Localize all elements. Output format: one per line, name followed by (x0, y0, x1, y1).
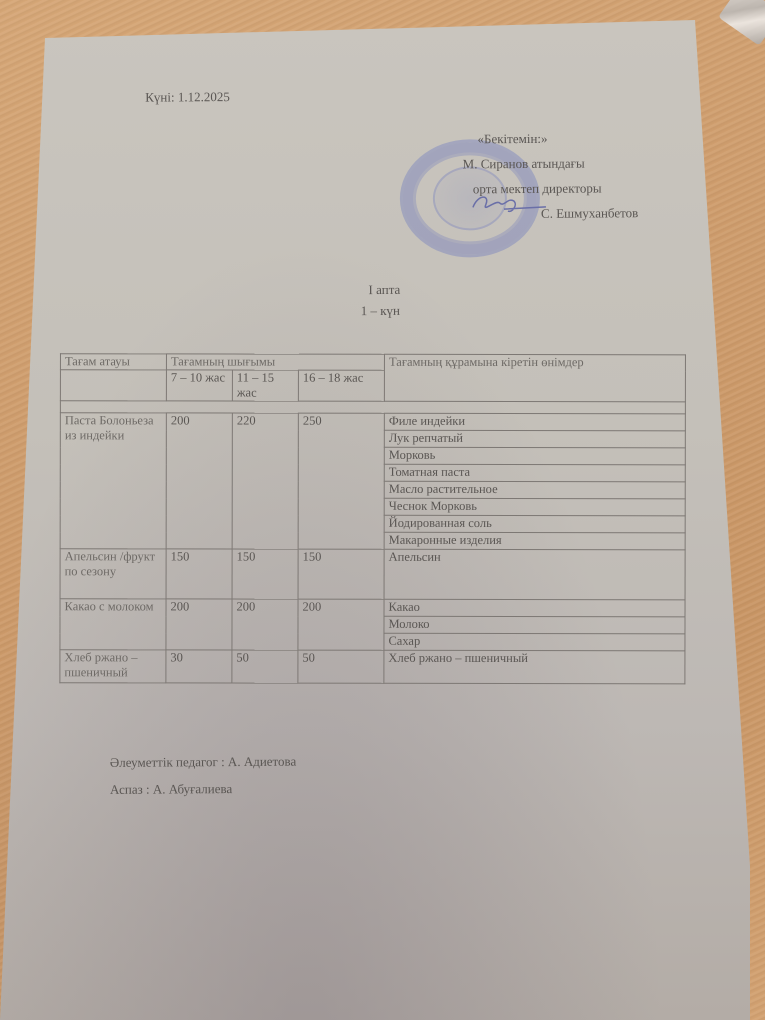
header-yield: Тағамның шығымы (166, 354, 384, 370)
ingredient-cell: Какао (384, 599, 685, 617)
cook-signature: Аспаз : А. Абуғалиева (110, 781, 232, 798)
dish-name-cell: Хлеб ржано – пшеничный (60, 650, 166, 683)
table-row: Апельсин /фрукт по сезону150150150Апельс… (60, 549, 685, 600)
header-age-group: 7 – 10 жас (166, 370, 232, 401)
ingredient-cell: Хлеб ржано – пшеничный (384, 650, 685, 684)
ingredient-cell: Масло растительное (384, 481, 685, 499)
portion-cell: 250 (298, 413, 384, 549)
approval-school: М. Сиранов атындағы (463, 150, 638, 176)
portion-cell: 200 (166, 599, 232, 650)
portion-cell: 200 (232, 599, 298, 650)
table-header-row: Тағам атауы Тағамның шығымы Тағамның құр… (60, 354, 685, 371)
portion-cell: 50 (232, 650, 298, 683)
ingredient-cell: Морковь (384, 447, 685, 465)
header-dish-name: Тағам атауы (60, 354, 166, 370)
portion-cell: 200 (298, 599, 384, 650)
dish-name-cell: Какао с молоком (60, 599, 166, 650)
table-row: Паста Болоньеза из индейки200220250Филе … (60, 413, 685, 431)
ingredient-cell: Лук репчатый (384, 430, 685, 448)
ingredient-cell: Апельсин (384, 549, 685, 600)
header-age-group: 11 – 15 жас (232, 370, 298, 401)
ingredient-cell: Молоко (384, 616, 685, 634)
day-label: 1 – күн (361, 303, 400, 319)
table-spacer-row (60, 401, 685, 414)
dish-name-cell: Апельсин /фрукт по сезону (60, 549, 166, 599)
table-row: Какао с молоком200200200Какао (60, 599, 685, 617)
document-content: Күні: 1.12.2025 «Бекітемін:» М. Сиранов … (0, 0, 765, 1020)
ingredient-cell: Сахар (384, 633, 685, 651)
portion-cell: 150 (298, 549, 384, 599)
date-line: Күні: 1.12.2025 (145, 89, 230, 106)
spacer-cell (60, 401, 685, 414)
menu-table: Тағам атауы Тағамның шығымы Тағамның құр… (59, 353, 686, 684)
social-teacher-signature: Әлеуметтік педагог : А. Адиетова (110, 754, 297, 771)
ingredient-cell: Чеснок Морковь (384, 498, 685, 516)
table-row: Хлеб ржано – пшеничный305050Хлеб ржано –… (60, 650, 685, 684)
ingredient-cell: Филе индейки (384, 413, 685, 431)
portion-cell: 150 (232, 549, 298, 599)
ingredient-cell: Макаронные изделия (384, 532, 685, 550)
ingredient-cell: Йодированная соль (384, 515, 685, 533)
portion-cell: 150 (166, 549, 232, 599)
header-age-group: 16 – 18 жас (298, 370, 384, 401)
approval-title: «Бекітемін:» (462, 125, 637, 151)
approval-block: «Бекітемін:» М. Сиранов атындағы орта ме… (462, 125, 638, 226)
portion-cell: 220 (232, 413, 298, 549)
header-empty-cell (60, 370, 166, 401)
portion-cell: 200 (166, 413, 232, 549)
portion-cell: 30 (166, 650, 232, 683)
approval-position: орта мектеп директоры (463, 175, 638, 201)
approval-director-name: С. Ешмуханбетов (463, 200, 638, 226)
week-label: I апта (368, 282, 400, 298)
ingredient-cell: Томатная паста (384, 464, 685, 482)
dish-name-cell: Паста Болоньеза из индейки (60, 413, 166, 549)
portion-cell: 50 (298, 650, 384, 683)
header-ingredients: Тағамның құрамына кіретін өнімдер (384, 354, 685, 402)
